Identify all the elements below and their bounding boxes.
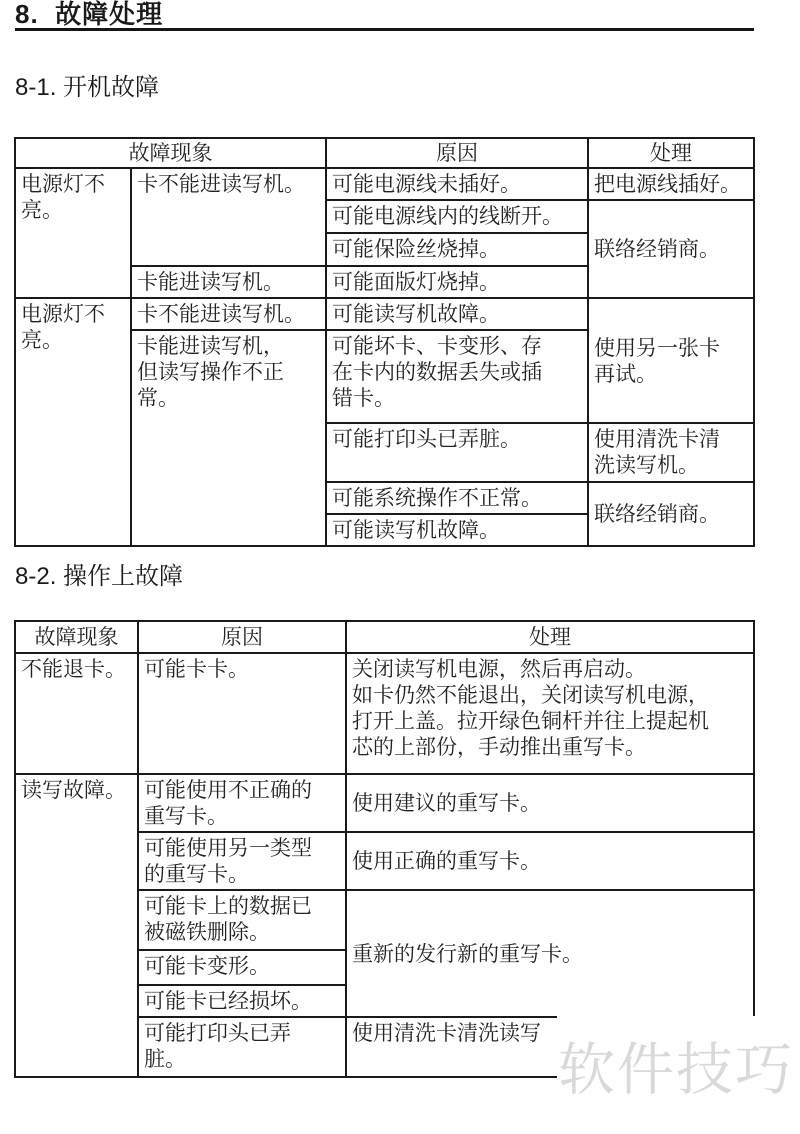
t1-cell-b5-cause: 可能读写机故障。 [326,514,588,546]
t1-cell-b1-sub: 卡不能进读写机。 [131,298,326,330]
t2-cell-r7-cause: 可能打印头已弄 脏。 [138,1017,346,1077]
t1-cell-b2-cause: 可能坏卡、卡变形、存 在卡内的数据丢失或插 错卡。 [326,330,588,423]
t1-header-phenomenon: 故障现象 [15,138,326,168]
table-row: 故障现象 原因 处理 [15,138,754,168]
t1-header-treatment: 处理 [588,138,754,168]
t2-cell-r2-treatment: 使用建议的重写卡。 [346,774,754,832]
t2-cell-r1-treatment: 关闭读写机电源，然后再启动。 如卡仍然不能退出，关闭读写机电源， 打开上盖。拉开… [346,653,754,774]
t2-cell-r1-phenomenon: 不能退卡。 [15,653,138,774]
t2-cell-r3-cause: 可能使用另一类型 的重写卡。 [138,832,346,890]
t1-cell-a-phenomenon: 电源灯不 亮。 [15,168,131,298]
t1-cell-a1-treatment: 把电源线插好。 [588,168,754,200]
t2-header-cause: 原因 [138,621,346,653]
t1-cell-a1-sub: 卡不能进读写机。 [131,168,326,266]
t1-cell-b4-cause: 可能系统操作不正常。 [326,482,588,514]
table-row: 电源灯不 亮。 卡不能进读写机。 可能读写机故障。 使用另一张卡 再试。 [15,298,754,330]
t2-cell-r6-cause: 可能卡已经损坏。 [138,985,346,1017]
t1-cell-b2-sub: 卡能进读写机， 但读写操作不正 常。 [131,330,326,546]
t1-cell-a1-cause: 可能电源线未插好。 [326,168,588,200]
section-8-1-heading: 8-1. 开机故障 [15,74,159,102]
t2-header-treatment: 处理 [346,621,754,653]
page-title: 8. 故障处理 [15,0,754,31]
t1-cell-b-phenomenon: 电源灯不 亮。 [15,298,131,546]
t1-cell-a3-cause: 可能保险丝烧掉。 [326,233,588,266]
document-page: 8. 故障处理 8-1. 开机故障 故障现象 原因 处理 电源灯不 亮。 卡不能… [0,0,800,1134]
t2-cell-r2-cause: 可能使用不正确的 重写卡。 [138,774,346,832]
t2-header-phenomenon: 故障现象 [15,621,138,653]
t1-cell-a2-cause: 可能电源线内的线断开。 [326,200,588,233]
table-row: 不能退卡。 可能卡卡。 关闭读写机电源，然后再启动。 如卡仍然不能退出，关闭读写… [15,653,754,774]
t2-cell-r1-cause: 可能卡卡。 [138,653,346,774]
table-row: 读写故障。 可能使用不正确的 重写卡。 使用建议的重写卡。 [15,774,754,832]
t1-cell-b1-cause: 可能读写机故障。 [326,298,588,330]
t1-cell-a4-cause: 可能面版灯烧掉。 [326,266,588,298]
t1-cell-b4-treatment: 联络经销商。 [588,482,754,546]
operation-fault-table: 故障现象 原因 处理 不能退卡。 可能卡卡。 关闭读写机电源，然后再启动。 如卡… [14,620,755,1078]
t1-cell-b1-treatment: 使用另一张卡 再试。 [588,298,754,423]
t1-cell-a2-treatment: 联络经销商。 [588,200,754,298]
t1-cell-b3-cause: 可能打印头已弄脏。 [326,423,588,482]
watermark: 软件技巧 [558,1040,794,1100]
t2-cell-r4-treatment: 重新的发行新的重写卡。 [346,890,754,1017]
t2-cell-r5-cause: 可能卡变形。 [138,950,346,985]
startup-fault-table: 故障现象 原因 处理 电源灯不 亮。 卡不能进读写机。 可能电源线未插好。 把电… [14,137,755,547]
t2-cell-r4-cause: 可能卡上的数据已 被磁铁删除。 [138,890,346,950]
t1-header-cause: 原因 [326,138,588,168]
table-row: 电源灯不 亮。 卡不能进读写机。 可能电源线未插好。 把电源线插好。 [15,168,754,200]
t1-cell-b3-treatment: 使用清洗卡清 洗读写机。 [588,423,754,482]
table-row: 故障现象 原因 处理 [15,621,754,653]
t2-cell-r2-phenomenon: 读写故障。 [15,774,138,1077]
t2-cell-r3-treatment: 使用正确的重写卡。 [346,832,754,890]
section-8-2-heading: 8-2. 操作上故障 [15,563,183,591]
t1-cell-a4-sub: 卡能进读写机。 [131,266,326,298]
